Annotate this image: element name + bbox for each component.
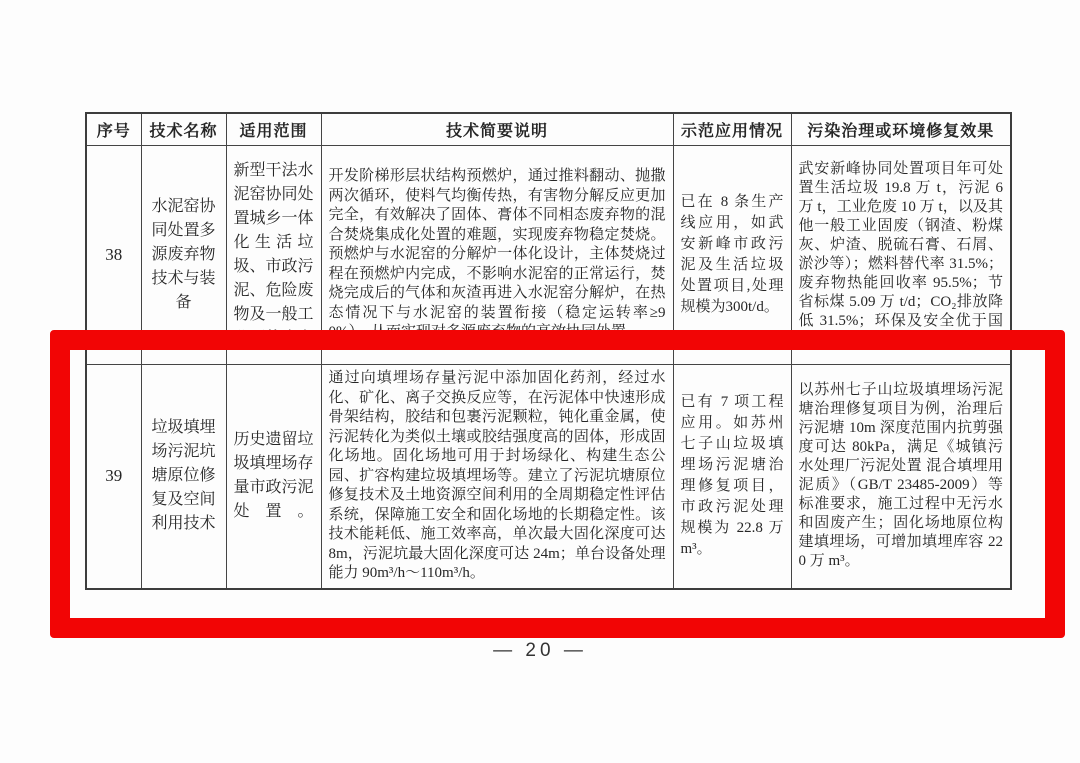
page-number: — 20 — (0, 640, 1080, 662)
table-header-row: 序号 技术名称 适用范围 技术简要说明 示范应用情况 污染治理或环境修复效果 (86, 113, 1011, 146)
cell-description-38: 开发阶梯形层状结构预燃炉，通过推料翻动、抛撒两次循环，使料气均衡传热，有害物分解… (321, 146, 673, 365)
col-header-description: 技术简要说明 (321, 113, 673, 146)
document-page: 序号 技术名称 适用范围 技术简要说明 示范应用情况 污染治理或环境修复效果 3… (0, 0, 1080, 763)
cell-effect-38: 武安新峰协同处置项目年可处置生活垃圾 19.8 万 t，污泥 6 万 t，工业危… (791, 146, 1011, 365)
cell-tech-name-38: 水泥窑协同处置多源废弃物技术与装备 (141, 146, 226, 365)
col-header-seq: 序号 (86, 113, 141, 146)
cell-seq-39: 39 (86, 365, 141, 589)
table-row-38: 38 水泥窑协同处置多源废弃物技术与装备 新型干法水泥窑协同处置城乡一体化生活垃… (86, 146, 1011, 365)
col-header-tech-name: 技术名称 (141, 113, 226, 146)
col-header-application: 示范应用情况 (673, 113, 791, 146)
cell-scope-38: 新型干法水泥窑协同处置城乡一体化生活垃圾、市政污泥、危险废物及一般工业固体废弃 (226, 146, 321, 365)
cell-application-39: 已有 7 项工程应用。如苏州七子山垃圾填埋场污泥塘治理修复项目，市政污泥处理规模… (673, 365, 791, 589)
col-header-scope: 适用范围 (226, 113, 321, 146)
technology-table: 序号 技术名称 适用范围 技术简要说明 示范应用情况 污染治理或环境修复效果 3… (85, 112, 1012, 590)
cell-description-39: 通过向填埋场存量污泥中添加固化药剂，经过水化、矿化、离子交换反应等，在污泥体中快… (321, 365, 673, 589)
cell-scope-39: 历史遗留垃圾填埋场存量市政污泥处置。 (226, 365, 321, 589)
table-row-39: 39 垃圾填埋场污泥坑塘原位修复及空间利用技术 历史遗留垃圾填埋场存量市政污泥处… (86, 365, 1011, 589)
col-header-effect: 污染治理或环境修复效果 (791, 113, 1011, 146)
cell-application-38: 已在 8 条生产线应用，如武安新峰市政污泥及生活垃圾处置项目,处理规模为300t… (673, 146, 791, 365)
cell-tech-name-39: 垃圾填埋场污泥坑塘原位修复及空间利用技术 (141, 365, 226, 589)
cell-seq-38: 38 (86, 146, 141, 365)
cell-effect-39: 以苏州七子山垃圾填埋场污泥塘治理修复项目为例，治理后污泥塘 10m 深度范围内抗… (791, 365, 1011, 589)
